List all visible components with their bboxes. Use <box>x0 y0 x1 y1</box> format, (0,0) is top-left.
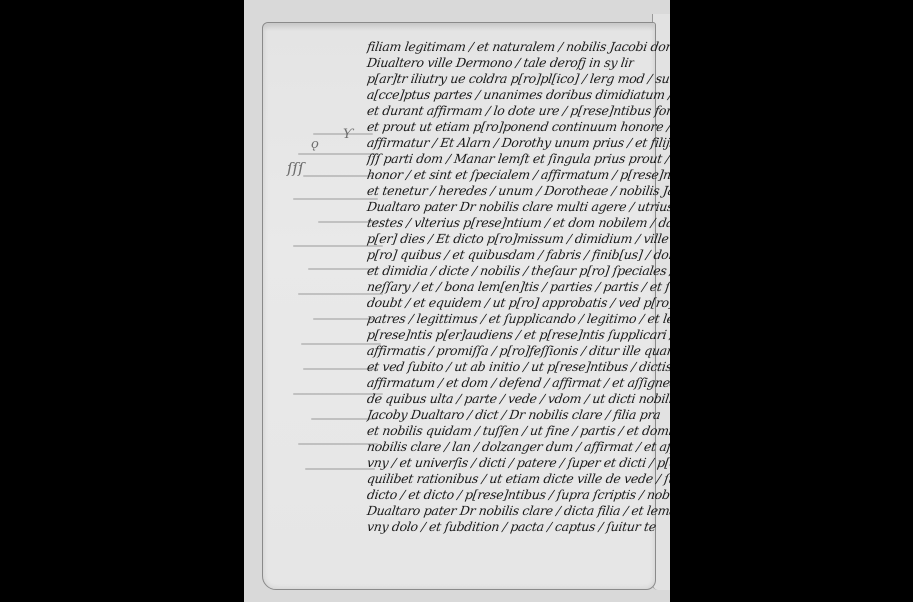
text-line: quilibet rationibus / ut etiam dicte vil… <box>366 471 670 487</box>
text-line: p[ro] quibus / et quibusdam / fabris / f… <box>366 247 670 263</box>
text-line: nobilis clare / lan / dolzanger dum / af… <box>366 439 670 455</box>
text-line: honor / et sint et ſpecialem / affirmatu… <box>366 167 670 183</box>
margin-mark: Ƴ <box>343 127 353 142</box>
text-line: affirmatis / promiſſa / p[ro]feſſionis /… <box>366 343 670 359</box>
text-line: et durant affirmam / lo dote ure / p[res… <box>366 103 670 119</box>
text-line: patres / legittimus / et ſupplicando / l… <box>366 311 670 327</box>
text-line: et dimidia / dicte / nobilis / theſaur p… <box>366 263 670 279</box>
text-line: p[rese]ntis p[er]audiens / et p[rese]nti… <box>366 327 670 343</box>
scan-area: ǫ Ƴ ſſſ filiam legitimam / et naturalem … <box>244 0 670 602</box>
text-line: affirmatur / Et Alarn / Dorothy unum pri… <box>366 135 670 151</box>
text-line: dicto / et dicto / p[rese]ntibus / ſupra… <box>366 487 670 503</box>
text-line: et tenetur / heredes / unum / Dorotheae … <box>366 183 670 199</box>
text-line: Jacoby Dualtaro / dict / Dr nobilis clar… <box>366 407 662 423</box>
text-line: et prout ut etiam p[ro]ponend continuum … <box>366 119 670 135</box>
manuscript-page: ǫ Ƴ ſſſ filiam legitimam / et naturalem … <box>262 22 656 590</box>
text-line: vny dolo / et ſubdition / pacta / captus… <box>366 519 657 535</box>
text-line: p[ar]tr iliutry ue coldra p[ro]pl[ico] /… <box>366 71 670 87</box>
text-line: neſſary / et / bona lem[en]tis / parties… <box>366 279 670 295</box>
text-line: et nobilis quidam / tuſſen / ut fine / p… <box>366 423 670 439</box>
text-line: ſſſ parti dom / Manar lemſt et ſingula p… <box>366 151 670 167</box>
text-line: a[cce]ptus partes / unanimes doribus dim… <box>366 87 670 103</box>
text-line: filiam legitimam / et naturalem / nobili… <box>366 39 670 55</box>
text-line: testes / vlterius p[rese]ntium / et dom … <box>366 215 670 231</box>
text-line: de quibus ulta / parte / vede / vdom / u… <box>366 391 670 407</box>
text-line: Dualtaro pater Dr nobilis clare multi ag… <box>366 199 670 215</box>
text-line: p[er] dies / Et dicto p[ro]missum / dimi… <box>366 231 670 247</box>
text-line: vny / et univerſis / dicti / patere / ſu… <box>366 455 670 471</box>
text-line: Diualtero ville Dermono / tale derofj in… <box>366 55 635 71</box>
text-line: affirmatum / et dom / defend / affirmat … <box>366 375 670 391</box>
margin-mark: ſſſ <box>287 159 304 177</box>
text-line: et ved ſubito / ut ab initio / ut p[rese… <box>366 359 670 375</box>
text-line: Dualtaro pater Dr nobilis clare / dicta … <box>366 503 670 519</box>
margin-mark: ǫ <box>311 137 319 152</box>
text-line: doubt / et equidem / ut p[ro] approbatis… <box>366 295 670 311</box>
